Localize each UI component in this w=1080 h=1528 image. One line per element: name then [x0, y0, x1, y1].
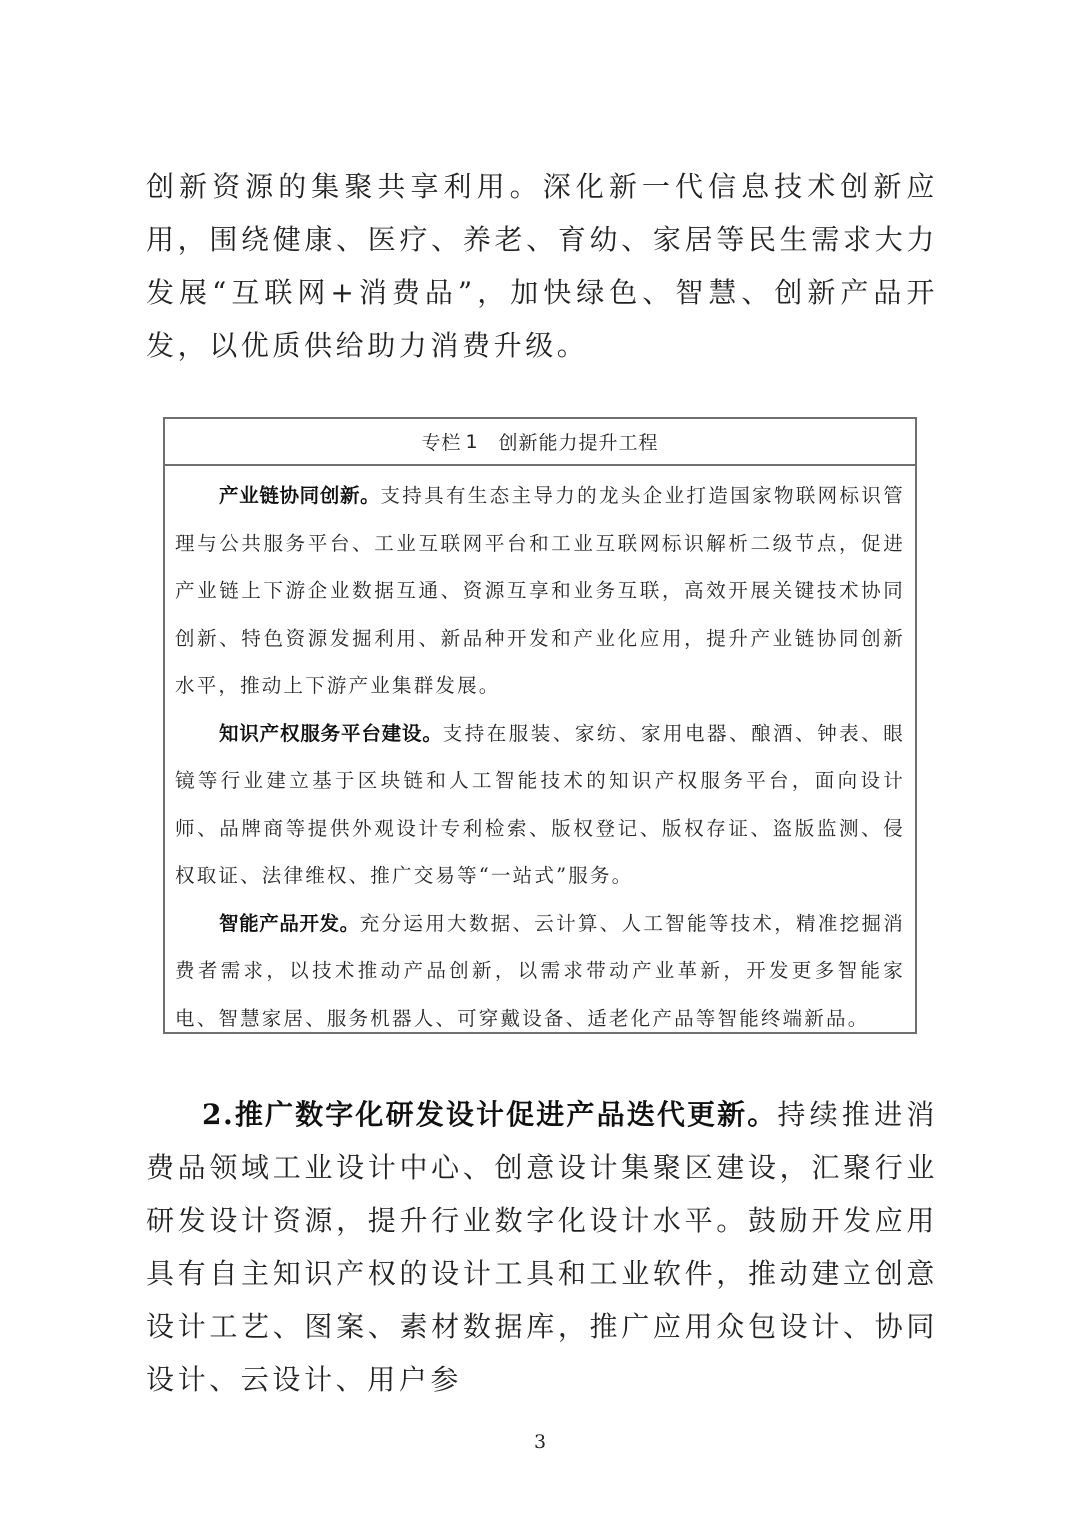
sidebar-item-heading: 知识产权服务平台建设。	[219, 722, 443, 745]
intro-paragraph: 创新资源的集聚共享利用。深化新一代信息技术创新应用，围绕健康、医疗、养老、育幼、…	[146, 160, 938, 372]
sidebar-item-text: 支持在服装、家纺、家用电器、酿酒、钟表、眼镜等行业建立基于区块链和人工智能技术的…	[175, 722, 905, 888]
sidebar-box-title-text: 创新能力提升工程	[499, 428, 659, 455]
section-heading: 2.推广数字化研发设计促进产品迭代更新。	[202, 1098, 777, 1131]
sidebar-box-title-prefix: 专栏	[421, 428, 461, 455]
sidebar-box-innovation: 专栏 1 创新能力提升工程 产业链协同创新。支持具有生态主导力的龙头企业打造国家…	[163, 417, 917, 1034]
sidebar-box-title: 专栏 1 创新能力提升工程	[165, 419, 915, 466]
sidebar-item-heading: 智能产品开发。	[219, 912, 360, 935]
sidebar-box-body: 产业链协同创新。支持具有生态主导力的龙头企业打造国家物联网标识管理与公共服务平台…	[165, 466, 915, 1042]
section-text: 持续推进消费品领域工业设计中心、创意设计集聚区建设，汇聚行业研发设计资源，提升行…	[146, 1098, 938, 1396]
document-page: 创新资源的集聚共享利用。深化新一代信息技术创新应用，围绕健康、医疗、养老、育幼、…	[0, 0, 1080, 1528]
sidebar-item-heading: 产业链协同创新。	[219, 484, 380, 507]
sidebar-box-title-number: 1	[465, 431, 478, 453]
sidebar-item-text: 支持具有生态主导力的龙头企业打造国家物联网标识管理与公共服务平台、工业互联网平台…	[175, 484, 905, 697]
page-number: 3	[0, 1431, 1080, 1453]
sidebar-item-ip-platform: 知识产权服务平台建设。支持在服装、家纺、家用电器、酿酒、钟表、眼镜等行业建立基于…	[175, 710, 905, 900]
sidebar-item-smart-products: 智能产品开发。充分运用大数据、云计算、人工智能等技术，精准挖掘消费者需求，以技术…	[175, 900, 905, 1043]
sidebar-item-industry-chain: 产业链协同创新。支持具有生态主导力的龙头企业打造国家物联网标识管理与公共服务平台…	[175, 472, 905, 710]
section-paragraph: 2.推广数字化研发设计促进产品迭代更新。持续推进消费品领域工业设计中心、创意设计…	[146, 1088, 938, 1406]
